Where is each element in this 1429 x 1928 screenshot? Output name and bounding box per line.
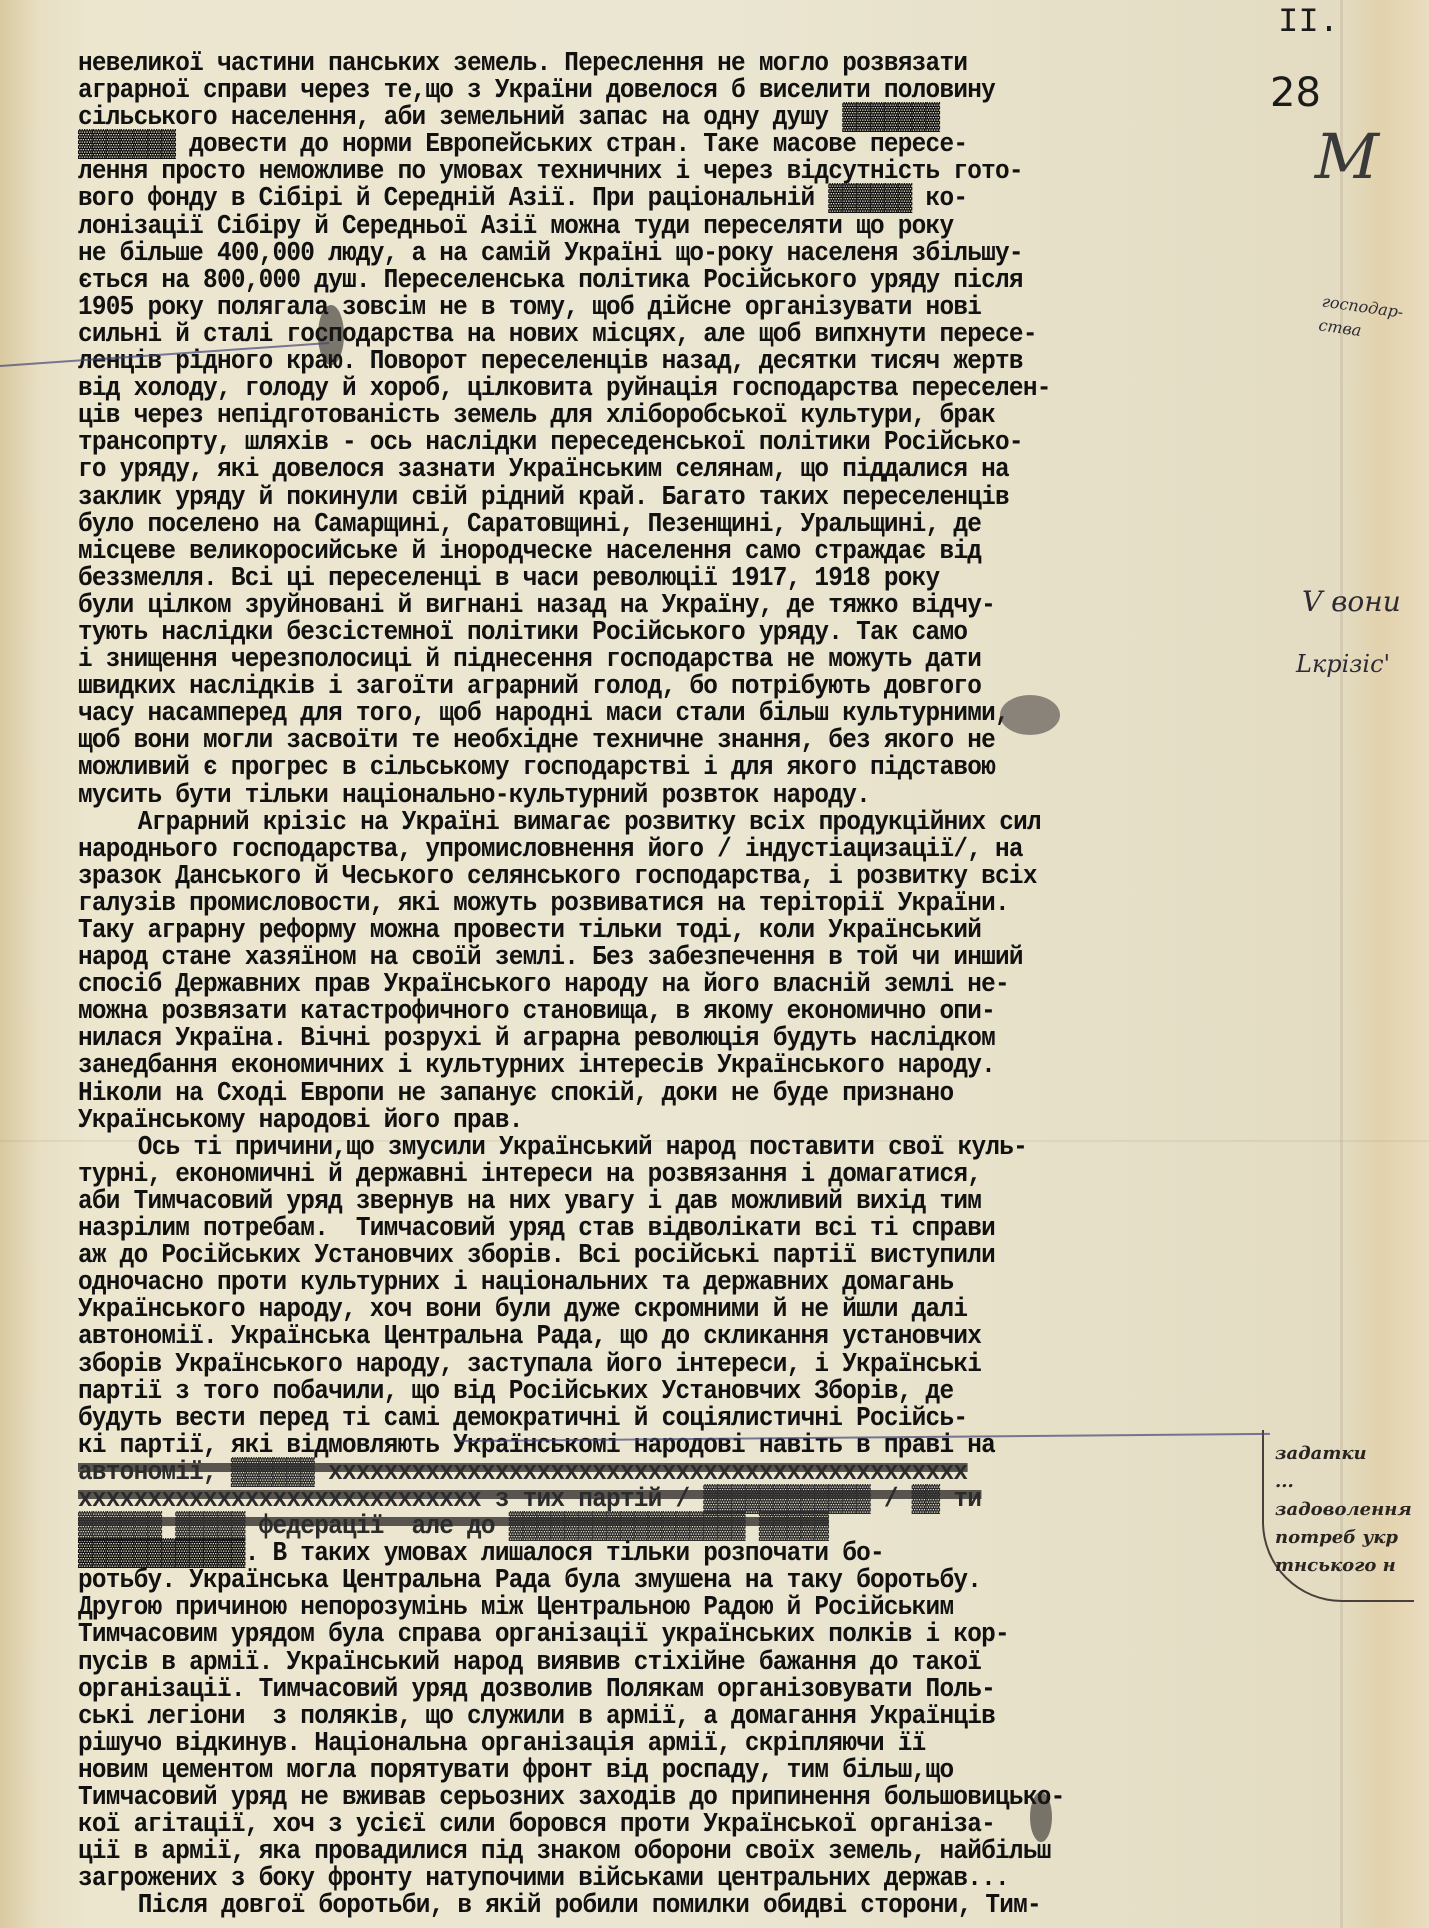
text-line: зразок Данського й Чеського селянського … [78,863,1237,890]
text-line: ▓▓▓▓▓▓▓▓▓▓▓▓. В таких умовах лишалося ті… [78,1540,1237,1567]
text-line: загрожених з боку фронту натупочими війс… [78,1865,1237,1892]
text-line: були цілком зруйновані й вигнані назад н… [78,592,1237,619]
text-line: Аграрний крізіс на Україні вимагає розви… [78,809,1237,836]
text-line: ється на 800,000 душ. Переселенська полі… [78,267,1237,294]
text-line: лонізації Сібіру й Середньої Азії можна … [78,213,1237,240]
text-line: організації. Тимчасовий уряд дозволив По… [78,1676,1237,1703]
text-line: занедбання економичних і культурних інте… [78,1052,1237,1079]
text-line: Другою причиною непорозумінь між Централ… [78,1594,1237,1621]
text-line: 1905 року полягала зовсім не в тому, щоб… [78,294,1237,321]
text-line: аграрної справи через те,що з України до… [78,77,1237,104]
text-line: можливий є прогрес в сільському господар… [78,754,1237,781]
text-line: часу насамперед для того, щоб народні ма… [78,700,1237,727]
text-line: щоб вони могли засвоїти те необхідне тех… [78,727,1237,754]
text-line: зборів Українського народу, заступала йо… [78,1351,1237,1378]
text-line: галузів промисловости, які можуть розвив… [78,890,1237,917]
text-line: трансопрту, шляхів - ось наслідки пересе… [78,429,1237,456]
text-line: ▓▓▓▓▓▓ ▓▓▓▓▓ федерації але до ▓▓▓▓▓▓▓▓▓▓… [78,1513,1237,1540]
text-line: було поселено на Самарщині, Саратовщині,… [78,511,1237,538]
text-line: мусить бути тільки національно-культурни… [78,782,1237,809]
text-line: одночасно проти культурних і національни… [78,1269,1237,1296]
text-line: народнього господарства, упромисловнення… [78,836,1237,863]
text-line: Після довгої боротьби, в якій робили пом… [78,1892,1237,1919]
text-line: ротьбу. Українська Центральна Рада була … [78,1567,1237,1594]
text-line: беззмелля. Всі ці переселенці в часи рев… [78,565,1237,592]
text-line: ські легіони з поляків, що служили в арм… [78,1703,1237,1730]
text-line: партії з того побачили, що від Російськи… [78,1378,1237,1405]
text-line: спосіб Державних прав Українського народ… [78,971,1237,998]
page-number: II. [1278,4,1339,42]
text-line: вого фонду в Сібірі й Середній Азії. При… [78,185,1237,212]
text-line: кої агітації, хоч з усієї сили боровся п… [78,1811,1237,1838]
text-line: xxxxxxxxxxxxxxxxxxxxxxxxxxxxx з тих парт… [78,1486,1237,1513]
ink-blot [1000,695,1060,735]
ink-blot [1030,1792,1052,1842]
text-line: новим цементом могла порятувати фронт ві… [78,1757,1237,1784]
text-line: автономії, ▓▓▓▓▓▓ xxxxxxxxxxxxxxxxxxxxxx… [78,1459,1237,1486]
text-line: Тимчасовий уряд не вживав серьозних захо… [78,1784,1237,1811]
text-line: нилася Україна. Вічні розрухі й аграрна … [78,1025,1237,1052]
text-line: Таку аграрну реформу можна провести тіль… [78,917,1237,944]
text-line: невеликої частини панських земель. Перес… [78,50,1237,77]
text-line: місцеве великоросийське й інородческе на… [78,538,1237,565]
margin-note-vony: V вони [1302,585,1401,618]
text-line: будуть вести перед ті самі демократичні … [78,1405,1237,1432]
text-line: не більше 400,000 люду, а на самій Украї… [78,240,1237,267]
text-line: го уряду, які довелося зазнати Українськ… [78,456,1237,483]
ink-blot [318,305,344,365]
text-line: швидких наслідків і загоїти аграрний гол… [78,673,1237,700]
text-line: ції в армії, яка провадилися під знаком … [78,1838,1237,1865]
text-line: сильні й сталі господарства на нових міс… [78,321,1237,348]
text-line: ців через непідготованість земель для хл… [78,402,1237,429]
text-line: лення просто неможливе по умовах техничн… [78,158,1237,185]
text-line: від холоду, голоду й хороб, цілковита ру… [78,375,1237,402]
typewritten-body: невеликої частини панських земель. Перес… [78,50,1338,1919]
text-line: ▓▓▓▓▓▓▓ довести до норми Европейських ст… [78,131,1237,158]
text-line: можна розвязати катастрофичного становищ… [78,998,1237,1025]
text-line: пусів в армії. Український народ виявив … [78,1649,1237,1676]
text-line: тують наслідки безсістемної політики Рос… [78,619,1237,646]
text-line: назрілим потребам. Тимчасовий уряд став … [78,1215,1237,1242]
text-line: рішучо відкинув. Національна організація… [78,1730,1237,1757]
margin-note-kryzis: Lкрізіс' [1296,650,1390,678]
text-line: народ стане хазяїном на своїй землі. Без… [78,944,1237,971]
paper-fold-vertical [1340,0,1343,1928]
text-line: Ніколи на Сході Европи не запанує спокій… [78,1080,1237,1107]
text-line: Українського народу, хоч вони були дуже … [78,1296,1237,1323]
text-line: сільського населення, аби земельний запа… [78,104,1237,131]
text-line: заклик уряду й покинули свій рідний край… [78,484,1237,511]
text-line: Тимчасовим урядом була справа організаці… [78,1621,1237,1648]
text-line: турні, економичні й державні інтереси на… [78,1161,1237,1188]
text-line: ленців рідного краю. Поворот переселенці… [78,348,1237,375]
text-line: автономії. Українська Центральна Рада, щ… [78,1323,1237,1350]
text-line: аж до Російських Установчих зборів. Всі … [78,1242,1237,1269]
text-line: аби Тимчасовий уряд звернув на них увагу… [78,1188,1237,1215]
text-line: Українському народові його прав. [78,1107,1237,1134]
margin-note-zadatky: задатки...задоволенняпотреб укртнського … [1275,1440,1412,1580]
text-line: Ось ті причини,що змусили Український на… [78,1134,1237,1161]
text-line: і знищення черезполосиці й піднесення го… [78,646,1237,673]
